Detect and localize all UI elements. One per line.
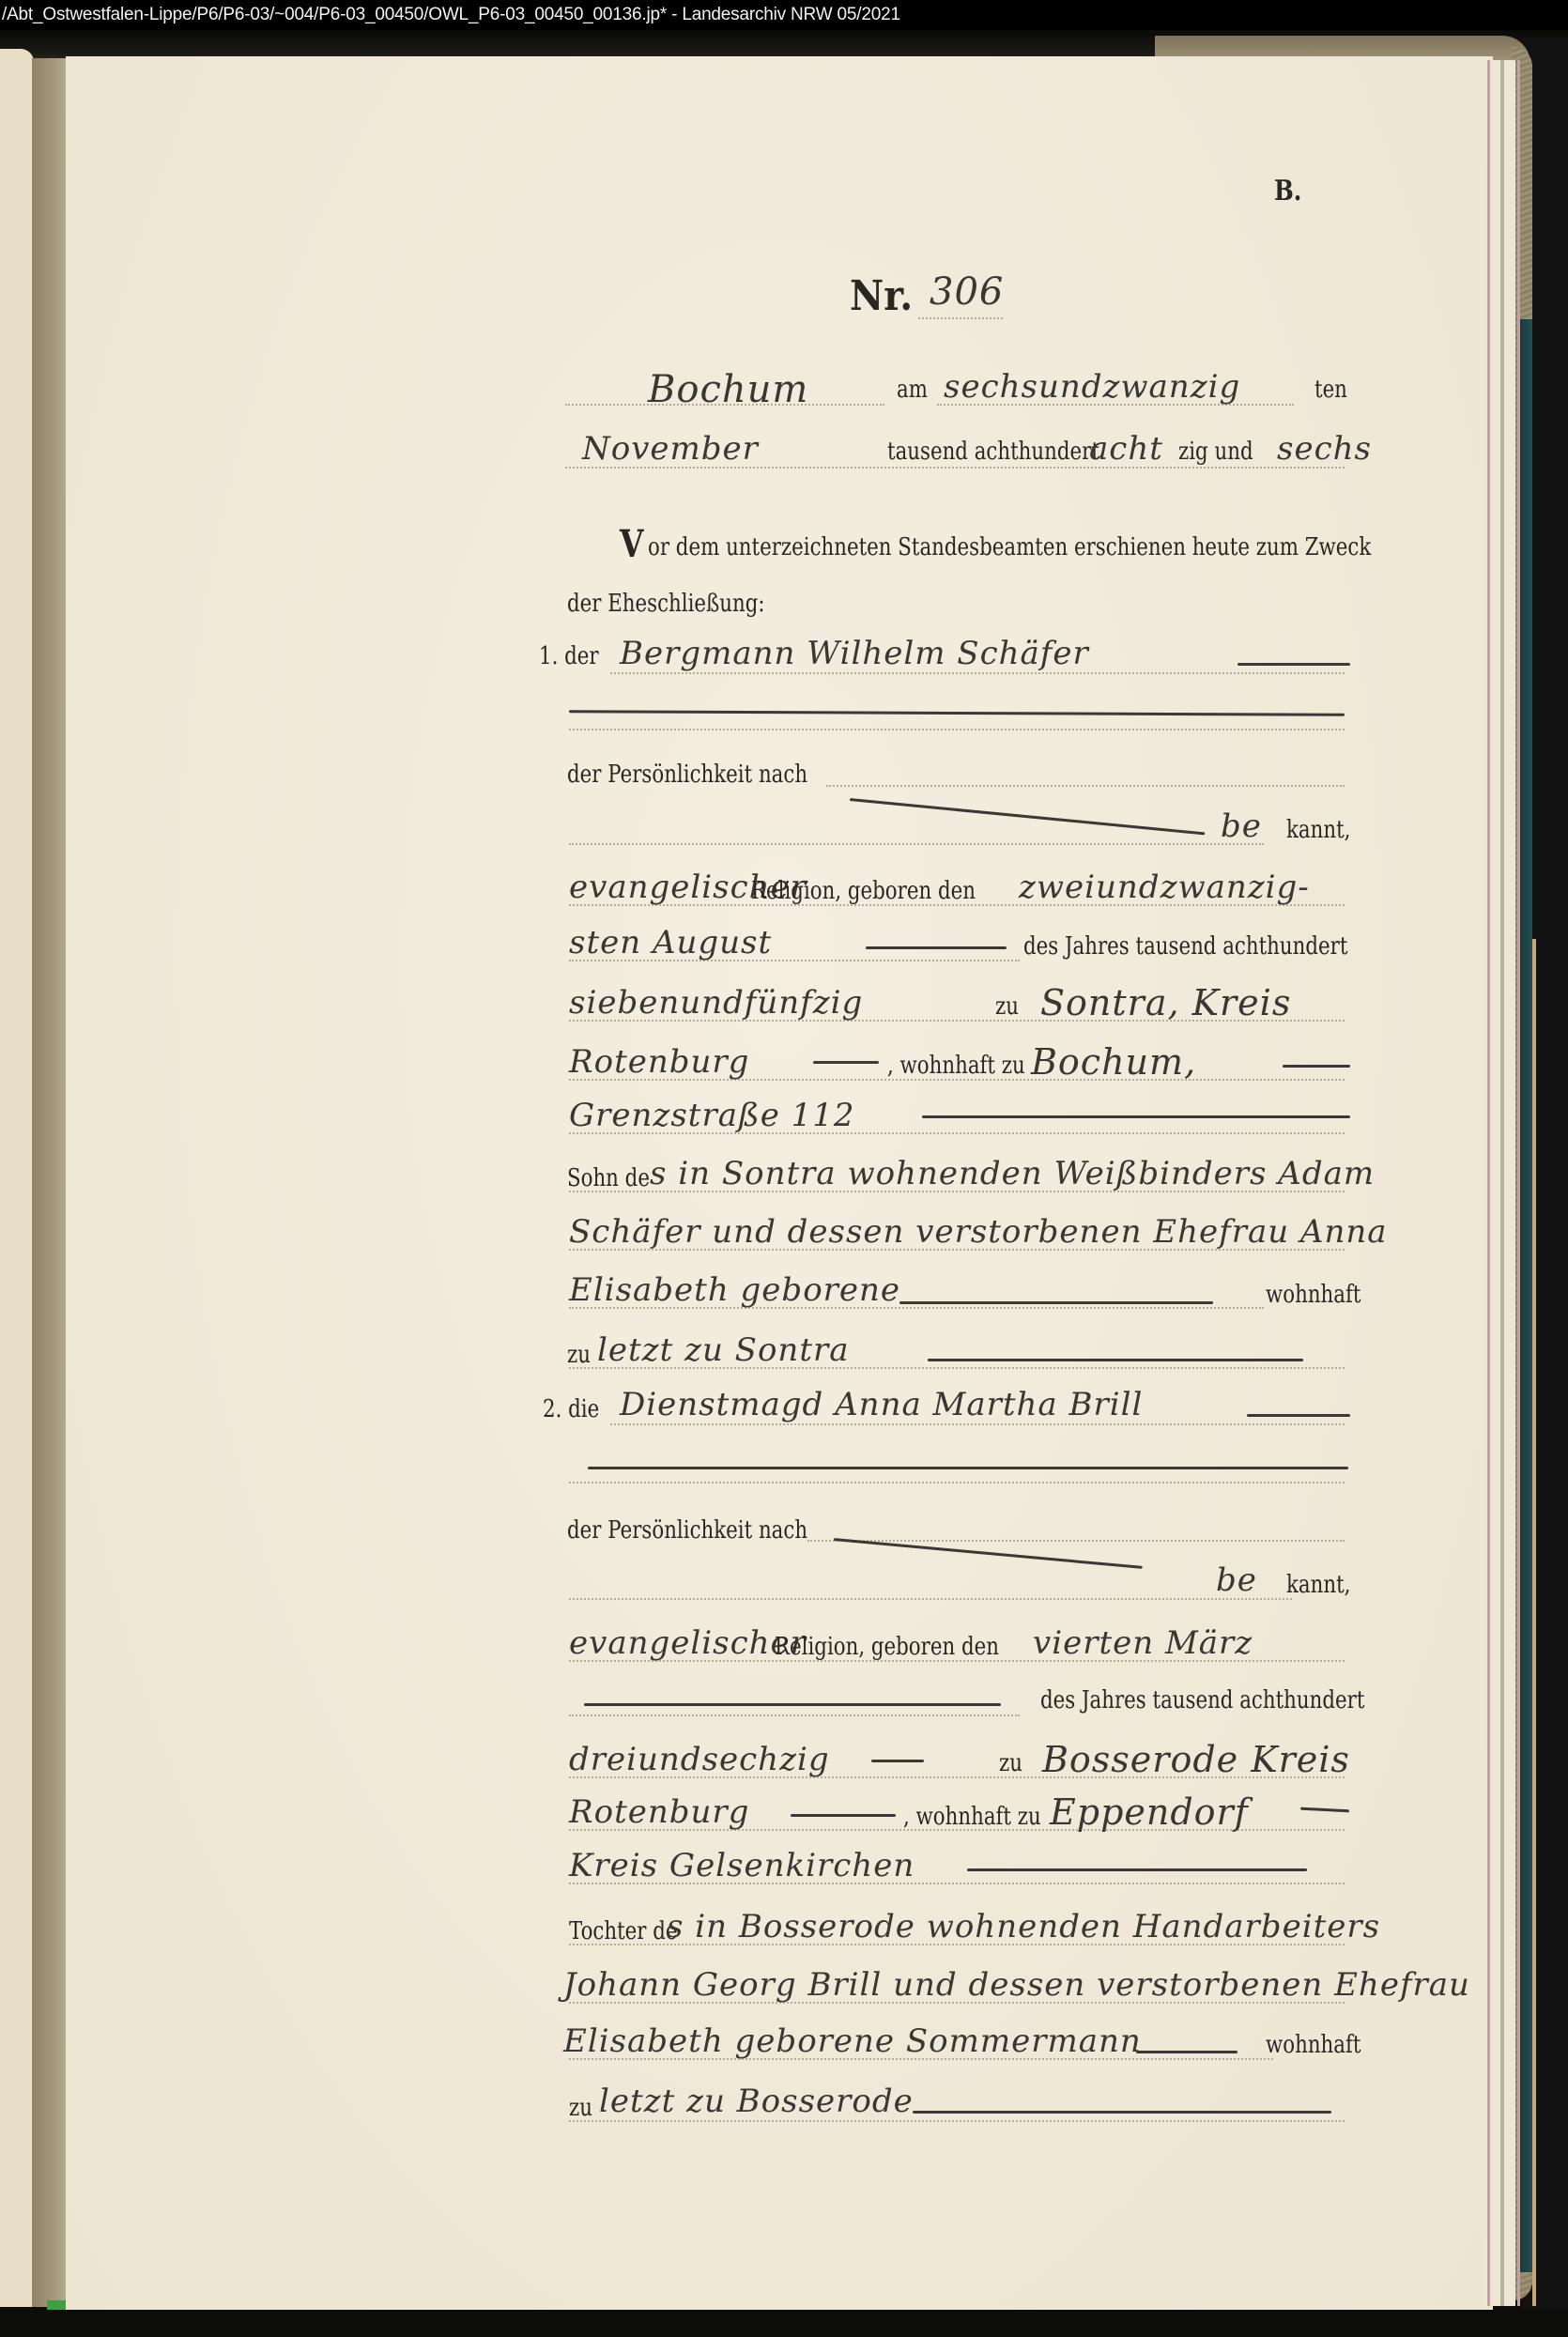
intro-text: or dem unterzeichneten Standesbeamten er… (648, 533, 1371, 561)
dotted-line (826, 785, 1345, 787)
bride-number: 2. die (543, 1395, 599, 1423)
dotted-line (569, 2120, 1345, 2122)
bride-residence-cont-handwritten: Kreis Gelsenkirchen (569, 1847, 915, 1884)
dotted-line (807, 1540, 1345, 1542)
groom-address-handwritten: Grenzstraße 112 (569, 1097, 855, 1134)
fill-stroke (928, 1359, 1303, 1361)
groom-parents-line3: Elisabeth geborene (569, 1271, 900, 1309)
day-handwritten: sechsundzwanzig (944, 368, 1240, 406)
fill-stroke (588, 1467, 1348, 1469)
fill-stroke (922, 1115, 1350, 1118)
fill-stroke (899, 1301, 1213, 1304)
bride-residence-label: , wohnhaft zu (903, 1803, 1041, 1831)
bride-parents-line2: Johann Georg Brill und dessen verstorben… (563, 1966, 1470, 2004)
bride-religion-handwritten: evangelischer (569, 1624, 807, 1662)
scan-background-bottom (0, 2310, 1568, 2337)
zig-und-label: zig und (1178, 438, 1253, 466)
place-handwritten: Bochum (648, 368, 808, 411)
groom-name-handwritten: Bergmann Wilhelm Schäfer (620, 635, 1089, 672)
groom-birth-day-handwritten: zweiundzwanzig- (1019, 869, 1310, 906)
section-letter: B. (1274, 175, 1301, 208)
month-handwritten: November (582, 430, 759, 468)
groom-birth-year-handwritten: siebenundfünfzig (569, 984, 863, 1022)
bride-last-residence-label: zu (569, 2094, 592, 2122)
bride-identity-label: der Persönlichkeit nach (567, 1516, 807, 1545)
fill-stroke (1247, 1414, 1350, 1417)
bride-year-label: des Jahres tausend achthundert (1040, 1686, 1364, 1714)
dotted-line (569, 1482, 1345, 1484)
groom-residence-handwritten: Bochum, (1031, 1041, 1196, 1083)
year-label: tausend achthundert (887, 438, 1099, 466)
bride-birth-day-handwritten: vierten März (1033, 1624, 1253, 1662)
dotted-line (918, 317, 1003, 319)
bride-zu-label: zu (999, 1749, 1022, 1777)
groom-year-label: des Jahres tausend achthundert (1023, 932, 1347, 961)
bride-known-handwritten: be (1216, 1561, 1257, 1599)
window-title-bar: /Abt_Ostwestfalen-Lippe/P6/P6-03/~004/P6… (0, 0, 1568, 30)
fill-stroke (967, 1868, 1307, 1871)
bride-known-label: kannt, (1286, 1571, 1350, 1599)
groom-birthplace-cont-handwritten: Rotenburg (569, 1043, 749, 1081)
groom-parents-label: Sohn de (567, 1164, 650, 1192)
bride-parents-label: Tochter de (569, 1917, 677, 1945)
bride-birth-year-handwritten: dreiundsechzig (569, 1741, 830, 1778)
dotted-line (569, 1714, 1020, 1716)
record-number-label: Nr. (850, 272, 913, 320)
groom-parents-line1: s in Sontra wohnenden Weißbinders Adam (650, 1155, 1375, 1192)
am-label: am (897, 376, 928, 404)
groom-parents-line2: Schäfer und dessen verstorbenen Ehefrau … (569, 1213, 1388, 1251)
dotted-line (610, 1423, 1345, 1425)
fill-stroke (866, 946, 1007, 949)
bride-birthplace-cont-handwritten: Rotenburg (569, 1793, 749, 1831)
dotted-line (569, 1598, 1292, 1600)
margin-rule (1517, 60, 1520, 2306)
bride-parents-line3: Elisabeth geborene Sommermann (563, 2022, 1142, 2060)
bride-wohnhaft-label: wohnhaft (1266, 2031, 1360, 2059)
bride-birthplace-handwritten: Bosserode Kreis (1042, 1739, 1350, 1780)
bride-religion-label: Religion, geboren den (775, 1633, 999, 1661)
page-edge-line (1500, 60, 1504, 2306)
groom-wohnhaft-label: wohnhaft (1266, 1281, 1360, 1309)
window-title: /Abt_Ostwestfalen-Lippe/P6/P6-03/~004/P6… (2, 5, 900, 24)
groom-number: 1. der (539, 642, 599, 670)
page-gilt-edge (1532, 939, 1536, 2306)
dotted-line (569, 843, 1264, 845)
fill-stroke (584, 1703, 1001, 1706)
book-gutter (32, 58, 66, 2307)
fill-stroke (1136, 2051, 1237, 2053)
fill-stroke (1283, 1065, 1350, 1068)
book-binding-cloth (1519, 319, 1532, 2272)
bride-name-handwritten: Dienstmagd Anna Martha Brill (620, 1386, 1143, 1423)
year-unit-handwritten: sechs (1277, 430, 1372, 468)
bride-residence-handwritten: Eppendorf (1050, 1791, 1249, 1833)
groom-residence-label: , wohnhaft zu (887, 1052, 1025, 1080)
fill-stroke (1237, 663, 1350, 666)
groom-identity-label: der Persönlichkeit nach (567, 761, 807, 789)
left-page-edge (0, 49, 34, 2307)
groom-religion-label: Religion, geboren den (751, 877, 976, 905)
decade-handwritten: acht (1089, 430, 1163, 468)
groom-zu-label: zu (995, 992, 1019, 1021)
groom-known-handwritten: be (1221, 807, 1262, 845)
initial-letter: V (620, 522, 643, 566)
dotted-line (569, 729, 1345, 730)
intro-text-2: der Eheschließung: (567, 590, 765, 618)
fill-stroke (791, 1814, 896, 1817)
groom-birthplace-handwritten: Sontra, Kreis (1040, 982, 1291, 1023)
fill-stroke (871, 1760, 924, 1762)
groom-birth-month-handwritten: sten August (569, 924, 772, 961)
dotted-line (610, 672, 1345, 674)
groom-last-residence-label: zu (567, 1341, 591, 1369)
fill-stroke (813, 1061, 879, 1064)
groom-known-label: kannt, (1286, 816, 1350, 844)
ten-label: ten (1314, 376, 1347, 404)
margin-rule (1487, 60, 1490, 2306)
fill-stroke (913, 2111, 1331, 2114)
groom-last-residence-handwritten: letzt zu Sontra (597, 1331, 850, 1369)
bride-parents-line1: s in Bosserode wohnenden Handarbeiters (667, 1908, 1380, 1945)
bride-last-residence-handwritten: letzt zu Bosserode (599, 2083, 914, 2120)
record-number: 306 (930, 270, 1004, 314)
